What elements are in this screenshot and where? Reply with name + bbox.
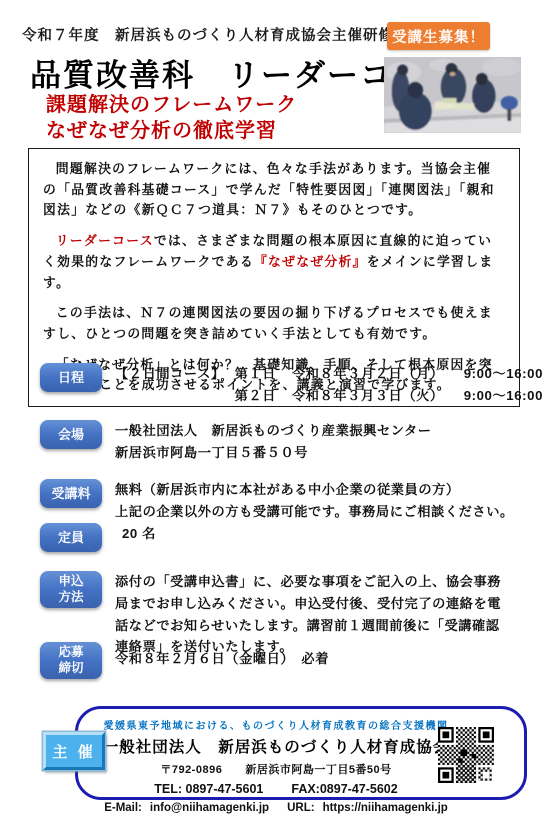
schedule-date-2: 令和８年３月３日（火） — [292, 385, 444, 407]
apply-badge-line-2: 方法 — [40, 590, 102, 606]
schedule-time-2: 9:00～16:00 — [464, 385, 543, 407]
section-capacity: 定員 20 名 — [40, 523, 156, 552]
intro-paragraph-3: この手法は、Ｎ７の連関図法の要因の掘り下げるプロセスでも使えますし、ひとつの問題… — [43, 303, 505, 344]
sponsor-badge: 主 催 — [43, 732, 105, 770]
header-line: 令和７年度 新居浜ものづくり人材育成協会主催研修 — [22, 24, 394, 45]
subtitle-line-1: 課題解決のフレームワーク — [46, 92, 297, 118]
organizer-tagline: 愛媛県東予地域における、ものづくり人材育成教育の総合支援機関 — [98, 717, 454, 732]
subtitle-line-2: なぜなぜ分析の徹底学習 — [46, 118, 297, 144]
deadline-content: 令和８年２月６日（金曜日） 必着 — [115, 648, 329, 670]
section-fee: 受講料 無料（新居浜市内に本社がある中小企業の従業員の方） 上記の企業以外の方も… — [40, 479, 514, 523]
organizer-mail-line: E-Mail:info@niihamagenki.jpURL:https://n… — [98, 802, 454, 814]
venue-content: 一般社団法人 新居浜ものづくり産業振興センター 新居浜市阿島一丁目５番５０号 — [115, 420, 432, 464]
fee-line-1: 無料（新居浜市内に本社がある中小企業の従業員の方） — [115, 479, 514, 501]
schedule-badge: 日程 — [40, 363, 102, 392]
email-label: E-Mail: — [104, 802, 142, 814]
fee-badge: 受講料 — [40, 479, 102, 508]
organizer-tel: TEL: 0897-47-5601 — [154, 782, 263, 796]
venue-badge: 会場 — [40, 420, 102, 449]
venue-line-2: 新居浜市阿島一丁目５番５０号 — [115, 442, 432, 464]
deadline-badge: 応募 締切 — [40, 642, 102, 679]
apply-badge: 申込 方法 — [40, 571, 102, 608]
intro-p2-highlight-naze: 『なぜなぜ分析』 — [254, 254, 367, 269]
venue-line-1: 一般社団法人 新居浜ものづくり産業振興センター — [115, 420, 432, 442]
schedule-day-2: 第２日 — [235, 385, 276, 407]
training-photo — [384, 57, 521, 133]
schedule-date-1: 令和８年３月２日（月） — [292, 363, 444, 385]
schedule-table: 【２日間コース】 第１日 令和８年３月２日（月） 9:00～16:00 第２日 … — [115, 363, 543, 407]
organizer-phone-line: TEL: 0897-47-5601FAX:0897-47-5602 — [98, 782, 454, 796]
schedule-day-1: 第１日 — [235, 363, 276, 385]
organizer-content: 愛媛県東予地域における、ものづくり人材育成教育の総合支援機関 一般社団法人 新居… — [98, 717, 454, 814]
capacity-badge: 定員 — [40, 523, 102, 552]
email-value: info@niihamagenki.jp — [150, 802, 269, 814]
organizer-address: 〒792-0896 新居浜市阿島一丁目5番50号 — [98, 761, 454, 777]
section-venue: 会場 一般社団法人 新居浜ものづくり産業振興センター 新居浜市阿島一丁目５番５０… — [40, 420, 432, 464]
url-label: URL: — [287, 802, 314, 814]
intro-p2-highlight-leader: リーダーコース — [56, 233, 154, 248]
schedule-course-label: 【２日間コース】 — [115, 363, 225, 407]
intro-paragraph-2: リーダーコースでは、さまざまな問題の根本原因に直線的に迫っていく効果的なフレーム… — [43, 231, 505, 293]
organizer-fax: FAX:0897-47-5602 — [291, 782, 397, 796]
qr-code — [438, 727, 494, 783]
flyer-page: 令和７年度 新居浜ものづくり人材育成協会主催研修 受講生募集！ 品質改善科 リー… — [0, 0, 548, 834]
page-subtitle: 課題解決のフレームワーク なぜなぜ分析の徹底学習 — [46, 92, 297, 144]
schedule-row-2: 第２日 令和８年３月３日（火） 9:00～16:00 — [235, 385, 543, 407]
schedule-time-1: 9:00～16:00 — [464, 363, 543, 385]
url-value: https://niihamagenki.jp — [323, 802, 448, 814]
fee-content: 無料（新居浜市内に本社がある中小企業の従業員の方） 上記の企業以外の方も受講可能… — [115, 479, 514, 523]
fee-line-2: 上記の企業以外の方も受講可能です。事務局にご相談ください。 — [115, 501, 514, 523]
section-schedule: 日程 【２日間コース】 第１日 令和８年３月２日（月） 9:00～16:00 第… — [40, 363, 543, 407]
recruit-badge: 受講生募集！ — [387, 22, 490, 50]
capacity-content: 20 名 — [122, 523, 156, 545]
schedule-content: 【２日間コース】 第１日 令和８年３月２日（月） 9:00～16:00 第２日 … — [115, 363, 543, 407]
training-photo-illustration — [384, 57, 521, 133]
schedule-row-1: 第１日 令和８年３月２日（月） 9:00～16:00 — [235, 363, 543, 385]
qr-code-graphic — [438, 727, 494, 783]
intro-paragraph-1: 問題解決のフレームワークには、色々な手法があります。当協会主催の「品質改善科基礎… — [43, 159, 505, 221]
schedule-rows: 第１日 令和８年３月２日（月） 9:00～16:00 第２日 令和８年３月３日（… — [235, 363, 543, 407]
section-deadline: 応募 締切 令和８年２月６日（金曜日） 必着 — [40, 642, 329, 679]
deadline-badge-line-1: 応募 — [40, 645, 102, 661]
apply-badge-line-1: 申込 — [40, 574, 102, 590]
organizer-name: 一般社団法人 新居浜ものづくり人材育成協会 — [98, 735, 454, 757]
deadline-badge-line-2: 締切 — [40, 661, 102, 677]
